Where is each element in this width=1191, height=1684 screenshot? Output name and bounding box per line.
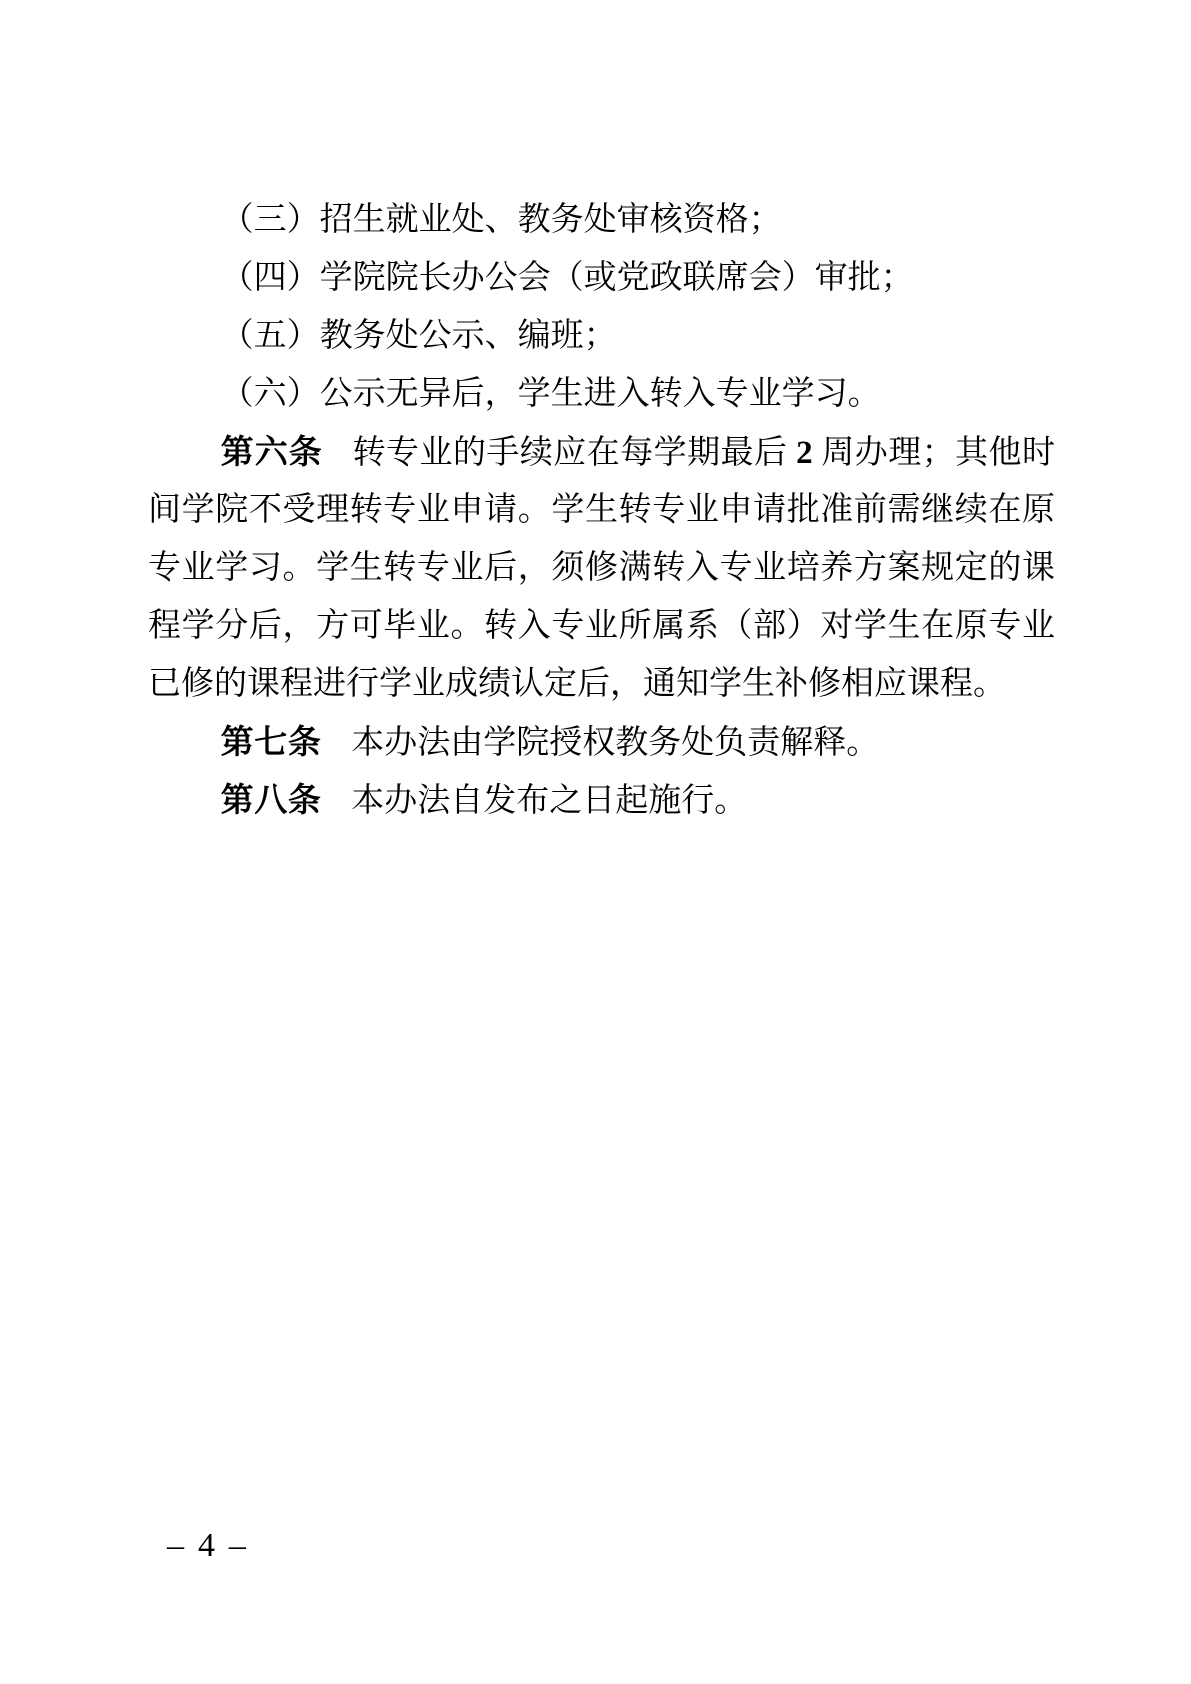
- article-6-text-post: 周办理；其他时: [813, 435, 1055, 471]
- document-body: （三）招生就业处、教务处审核资格； （四）学院院长办公会（或党政联席会）审批； …: [148, 191, 1055, 829]
- document-page: （三）招生就业处、教务处审核资格； （四）学院院长办公会（或党政联席会）审批； …: [0, 0, 1191, 1684]
- article-8-label: 第八条: [221, 781, 322, 818]
- article-7-line: 第七条本办法由学院授权教务处负责解释。: [148, 713, 1055, 771]
- article-6-label: 第六条: [221, 433, 323, 470]
- article-6-text-pre: 转专业的手续应在每学期最后: [353, 435, 797, 471]
- item-four-line: （四）学院院长办公会（或党政联席会）审批；: [148, 249, 1055, 307]
- article-6-line-1: 第六条转专业的手续应在每学期最后 2 周办理；其他时: [148, 423, 1055, 481]
- article-8-line: 第八条本办法自发布之日起施行。: [148, 771, 1055, 829]
- article-7-label: 第七条: [221, 723, 322, 760]
- article-7-text: 本办法由学院授权教务处负责解释。: [351, 725, 879, 761]
- item-three-line: （三）招生就业处、教务处审核资格；: [148, 191, 1055, 249]
- article-6-week-number: 2: [796, 435, 813, 471]
- article-6-line-2: 间学院不受理转专业申请。学生转专业申请批准前需继续在原: [148, 481, 1055, 539]
- article-8-text: 本办法自发布之日起施行。: [351, 783, 747, 819]
- item-five-line: （五）教务处公示、编班；: [148, 307, 1055, 365]
- article-6-line-3: 专业学习。学生转专业后，须修满转入专业培养方案规定的课: [148, 539, 1055, 597]
- item-six-line: （六）公示无异后，学生进入转入专业学习。: [148, 365, 1055, 423]
- article-6-line-5: 已修的课程进行学业成绩认定后，通知学生补修相应课程。: [148, 655, 1055, 713]
- page-number: – 4 –: [167, 1526, 249, 1566]
- article-6-line-4: 程学分后，方可毕业。转入专业所属系（部）对学生在原专业: [148, 597, 1055, 655]
